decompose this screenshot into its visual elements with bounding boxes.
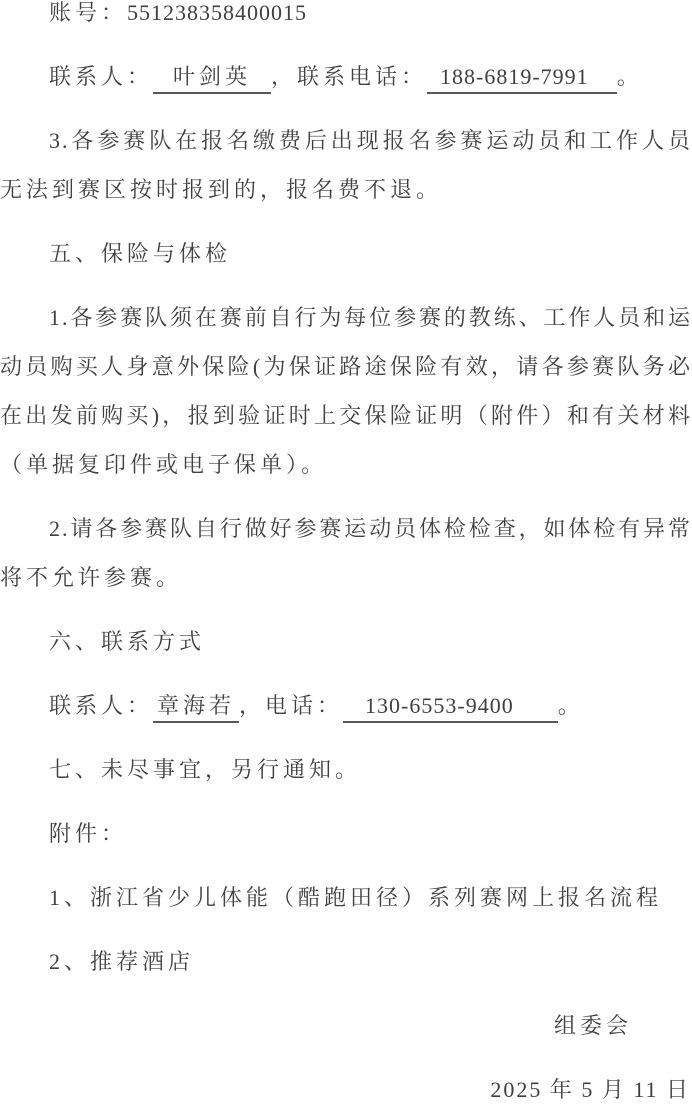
date-line: 2025 年 5 月 11 日 [0,1065,692,1108]
attachment-1-line: 1、浙江省少儿体能（酷跑田径）系列赛网上报名流程 [0,873,692,922]
contact-line-1: 联系人：叶剑英，联系电话：188-6819-7991。 [0,52,692,101]
contact-2-name-blank: 章海若 [153,691,239,723]
contact-2-period: 。 [558,693,584,718]
paragraph-checkup: 2.请各参赛队自行做好参赛运动员体检检查，如体检有异常 将不允许参赛。 [0,504,692,602]
attachment-2-line: 2、推荐酒店 [0,937,692,986]
insurance-line-3: 在出发前购买)，报到验证时上交保险证明（附件）和有关材料 [0,391,692,440]
paragraph-contact-2: 联系人：章海若，电话：130-6553-9400。 [0,681,692,730]
insurance-line-1: 1.各参赛队须在赛前自行为每位参赛的教练、工作人员和运 [0,293,692,342]
heading-insurance: 五、保险与体检 [0,229,692,278]
heading-contact-line: 六、联系方式 [0,617,692,666]
insurance-line-4: （单据复印件或电子保单）。 [0,440,692,489]
paragraph-attachments-label: 附件： [0,809,692,858]
paragraph-refund: 3.各参赛队在报名缴费后出现报名参赛运动员和工作人员 无法到赛区按时报到的，报名… [0,116,692,214]
signature-line: 组委会 [0,1001,692,1050]
heading-contact: 六、联系方式 [0,617,692,666]
checkup-line-1: 2.请各参赛队自行做好参赛运动员体检检查，如体检有异常 [0,504,692,553]
contact-2-phone-blank: 130-6553-9400 [343,691,558,723]
paragraph-insurance: 1.各参赛队须在赛前自行为每位参赛的教练、工作人员和运 动员购买人身意外保险(为… [0,293,692,489]
insurance-line-2: 动员购买人身意外保险(为保证路途保险有效，请各参赛队务必 [0,342,692,391]
paragraph-attachment-2: 2、推荐酒店 [0,937,692,986]
heading-insurance-line: 五、保险与体检 [0,229,692,278]
contact-line-2: 联系人：章海若，电话：130-6553-9400。 [0,681,692,730]
paragraph-contact-1: 联系人：叶剑英，联系电话：188-6819-7991。 [0,52,692,101]
heading-misc: 七、未尽事宜，另行通知。 [0,745,692,794]
account-label: 账号： [49,0,127,25]
contact-1-label: 联系人： [49,64,153,89]
contact-1-name-blank: 叶剑英 [153,62,271,94]
contact-1-phone-blank: 188-6819-7991 [427,62,617,94]
checkup-line-2: 将不允许参赛。 [0,553,692,602]
account-line: 账号：551238358400015 [0,0,692,37]
heading-misc-line: 七、未尽事宜，另行通知。 [0,745,692,794]
refund-line-1: 3.各参赛队在报名缴费后出现报名参赛运动员和工作人员 [0,116,692,165]
refund-line-2: 无法到赛区按时报到的，报名费不退。 [0,165,692,214]
account-number: 551238358400015 [127,0,307,25]
paragraph-date: 2025 年 5 月 11 日 [0,1065,692,1108]
document-page: 账号：551238358400015 联系人：叶剑英，联系电话：188-6819… [0,0,692,1108]
contact-1-middle: ，联系电话： [271,64,427,89]
paragraph-account: 账号：551238358400015 [0,0,692,37]
paragraph-signature: 组委会 [0,1001,692,1050]
contact-1-period: 。 [617,64,643,89]
attachments-label-line: 附件： [0,809,692,858]
paragraph-attachment-1: 1、浙江省少儿体能（酷跑田径）系列赛网上报名流程 [0,873,692,922]
contact-2-middle: ，电话： [239,693,343,718]
contact-2-label: 联系人： [49,693,153,718]
